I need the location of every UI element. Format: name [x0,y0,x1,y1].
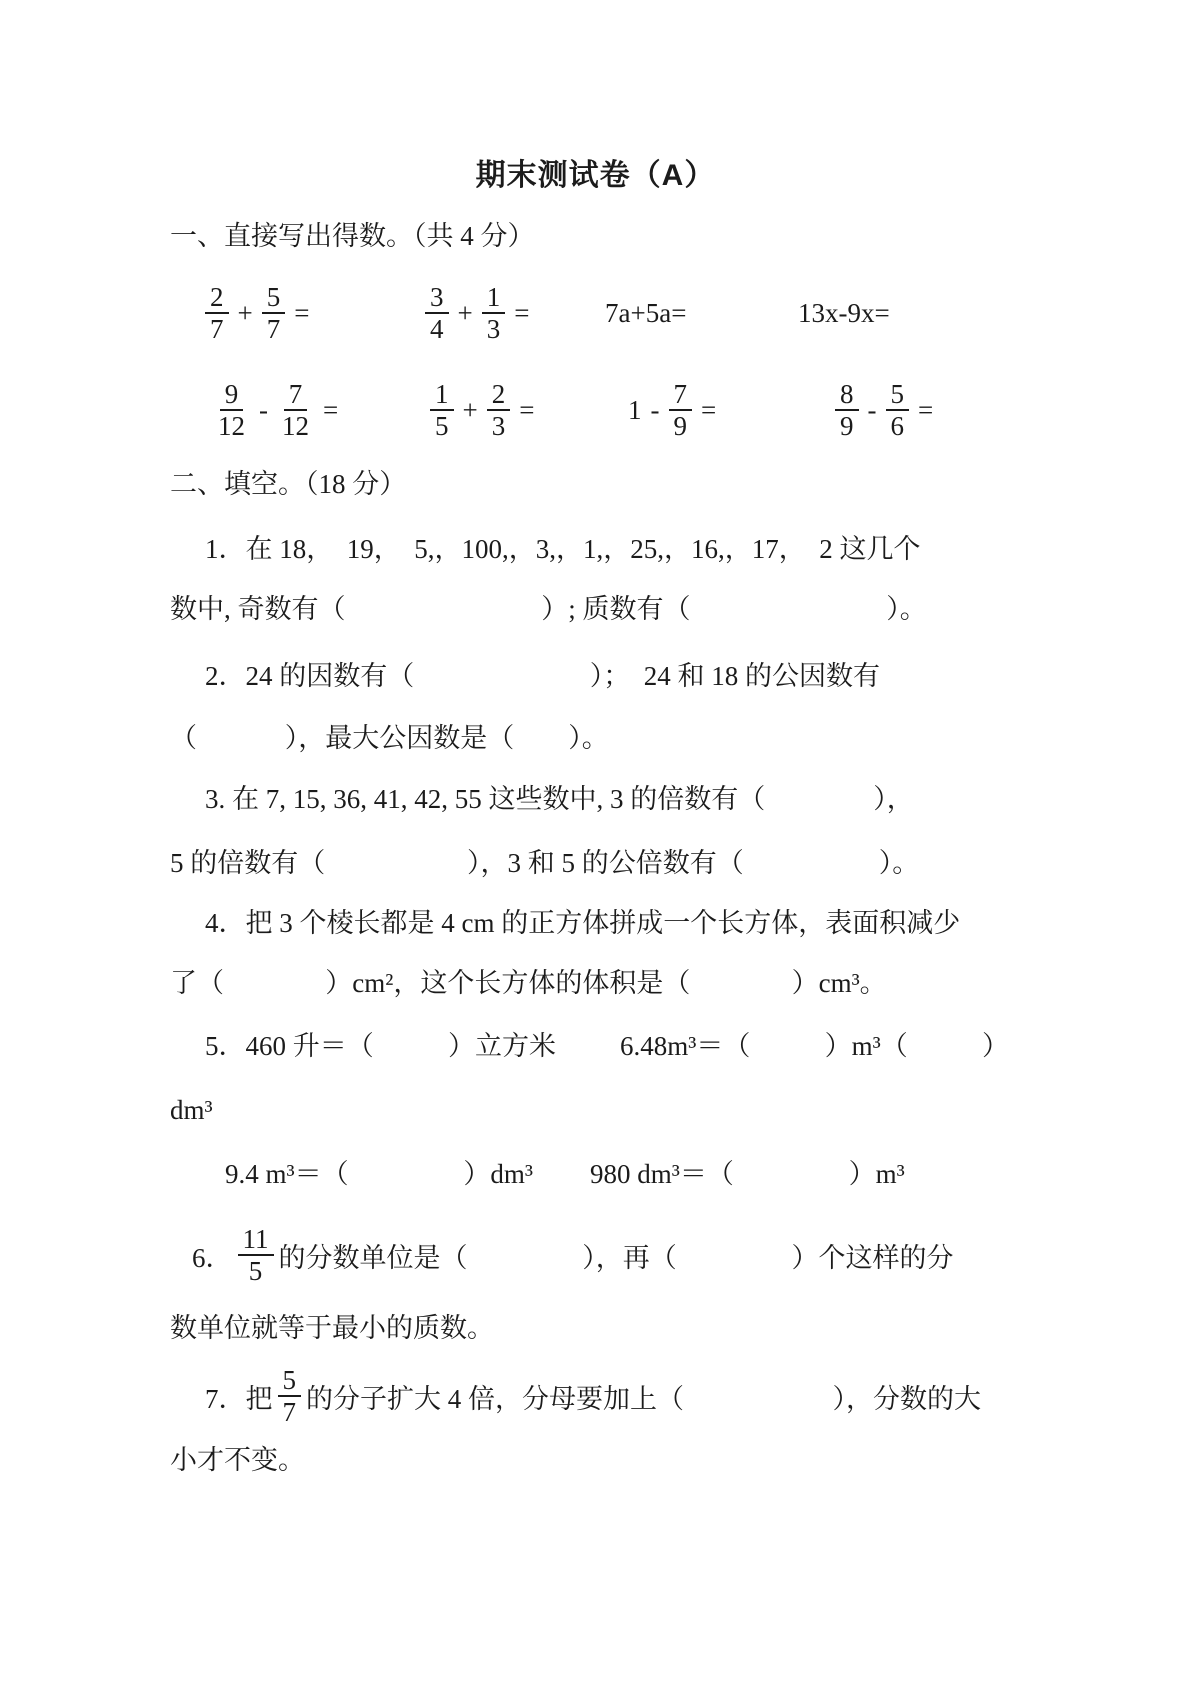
fraction-numerator: 7 [284,379,308,411]
question-5-line-1a: 5．460 升＝（ ）立方米 [205,1030,556,1062]
fraction-numerator: 11 [238,1224,274,1256]
question-number: 6． [192,1236,233,1275]
question-6-line-2: 数单位就等于最小的质数。 [170,1312,494,1344]
fraction-denominator: 12 [213,411,250,441]
question-6-line-1: 6． 11 5 的分数单位是（ ），再（ ）个这样的分 [192,1216,954,1294]
fraction: 5 6 [886,379,910,441]
fraction: 2 7 [205,282,229,344]
algebra-expression: 7a+5a= [605,298,686,329]
fraction: 2 3 [487,379,511,441]
operator: + [463,395,478,426]
page-title: 期末测试卷（A） [0,150,1191,194]
equals-sign: = [323,395,338,426]
fraction-numerator: 9 [220,379,244,411]
equals-sign: = [519,395,534,426]
arith-expression-1: 2 7 + 5 7 = [205,281,309,345]
fraction: 1 5 [430,379,454,441]
algebra-expression: 13x-9x= [798,298,890,329]
fraction: 11 5 [238,1224,274,1286]
arith-expression-5: 9 12 - 7 12 = [213,378,338,442]
fraction-numerator: 1 [482,282,506,314]
fraction: 8 9 [835,379,859,441]
question-7-line-1: 7．把 5 7 的分子扩大 4 倍，分母要加上（ ），分数的大 [205,1357,981,1435]
operator: + [238,298,253,329]
operator: - [259,395,268,426]
arith-expression-2: 3 4 + 1 3 = [425,281,529,345]
fraction-denominator: 5 [244,1256,268,1286]
fraction-numerator: 1 [430,379,454,411]
exam-paper-page: 期末测试卷（A） 一、直接写出得数。（共 4 分） 2 7 + 5 7 = 3 … [0,0,1191,1684]
equals-sign: = [701,395,716,426]
fraction-denominator: 7 [205,314,229,344]
fraction-numerator: 8 [835,379,859,411]
section-2-heading: 二、填空。（18 分） [170,468,406,500]
question-7-line-2: 小才不变。 [170,1444,305,1476]
fraction-denominator: 6 [886,411,910,441]
arith-expression-3: 7a+5a= [605,281,686,345]
equals-sign: = [514,298,529,329]
operator: - [651,395,660,426]
arith-expression-6: 1 5 + 2 3 = [430,378,534,442]
fraction-numerator: 7 [669,379,693,411]
operator: + [458,298,473,329]
question-3-line-1: 3. 在 7, 15, 36, 41, 42, 55 这些数中, 3 的倍数有（… [205,783,914,815]
fraction: 3 4 [425,282,449,344]
question-2-line-1: 2．24 的因数有（ ）； 24 和 18 的公因数有 [205,660,880,692]
question-5-line-2: dm³ [170,1094,213,1126]
fraction: 9 12 [213,379,250,441]
fraction-numerator: 5 [278,1365,302,1397]
fraction-denominator: 9 [669,411,693,441]
fraction-numerator: 3 [425,282,449,314]
arith-expression-7: 1 - 7 9 = [628,378,716,442]
question-5-line-1b: 6.48m³＝（ ）m³（ ） [620,1030,1009,1062]
fraction-denominator: 3 [487,411,511,441]
question-5-line-3a: 9.4 m³＝（ ）dm³ [225,1158,533,1190]
fraction-denominator: 7 [278,1397,302,1427]
fraction-denominator: 5 [430,411,454,441]
question-number: 7．把 [205,1377,273,1416]
fraction-numerator: 2 [487,379,511,411]
question-5-line-3b: 980 dm³＝（ ）m³ [590,1158,905,1190]
fraction: 1 3 [482,282,506,344]
arith-expression-4: 13x-9x= [798,281,890,345]
fraction-denominator: 12 [277,411,314,441]
question-3-line-2: 5 的倍数有（ ），3 和 5 的公倍数有（ ）。 [170,847,919,879]
equals-sign: = [918,395,933,426]
fraction-denominator: 3 [482,314,506,344]
question-text: 的分子扩大 4 倍，分母要加上（ ），分数的大 [306,1377,981,1416]
arith-expression-8: 8 9 - 5 6 = [835,378,933,442]
fraction: 5 7 [278,1365,302,1427]
equals-sign: = [294,298,309,329]
question-1-line-1: 1．在 18， 19， 5,，100,，3,，1,，25,，16,，17， 2 … [205,533,921,565]
question-2-line-2: （ ），最大公因数是（ ）。 [170,722,609,754]
fraction-numerator: 5 [886,379,910,411]
fraction: 7 9 [669,379,693,441]
question-4-line-1: 4．把 3 个棱长都是 4 cm 的正方体拼成一个长方体，表面积减少 [205,907,960,939]
whole-number: 1 [628,395,642,426]
fraction-numerator: 2 [205,282,229,314]
operator: - [868,395,877,426]
fraction-denominator: 9 [835,411,859,441]
fraction-numerator: 5 [262,282,286,314]
fraction-denominator: 7 [262,314,286,344]
question-text: 的分数单位是（ ），再（ ）个这样的分 [279,1236,954,1275]
question-4-line-2: 了（ ）cm²，这个长方体的体积是（ ）cm³。 [170,967,887,999]
fraction-denominator: 4 [425,314,449,344]
fraction: 5 7 [262,282,286,344]
fraction: 7 12 [277,379,314,441]
section-1-heading: 一、直接写出得数。（共 4 分） [170,220,535,252]
question-1-line-2: 数中, 奇数有（ ）; 质数有（ ）。 [170,593,927,625]
